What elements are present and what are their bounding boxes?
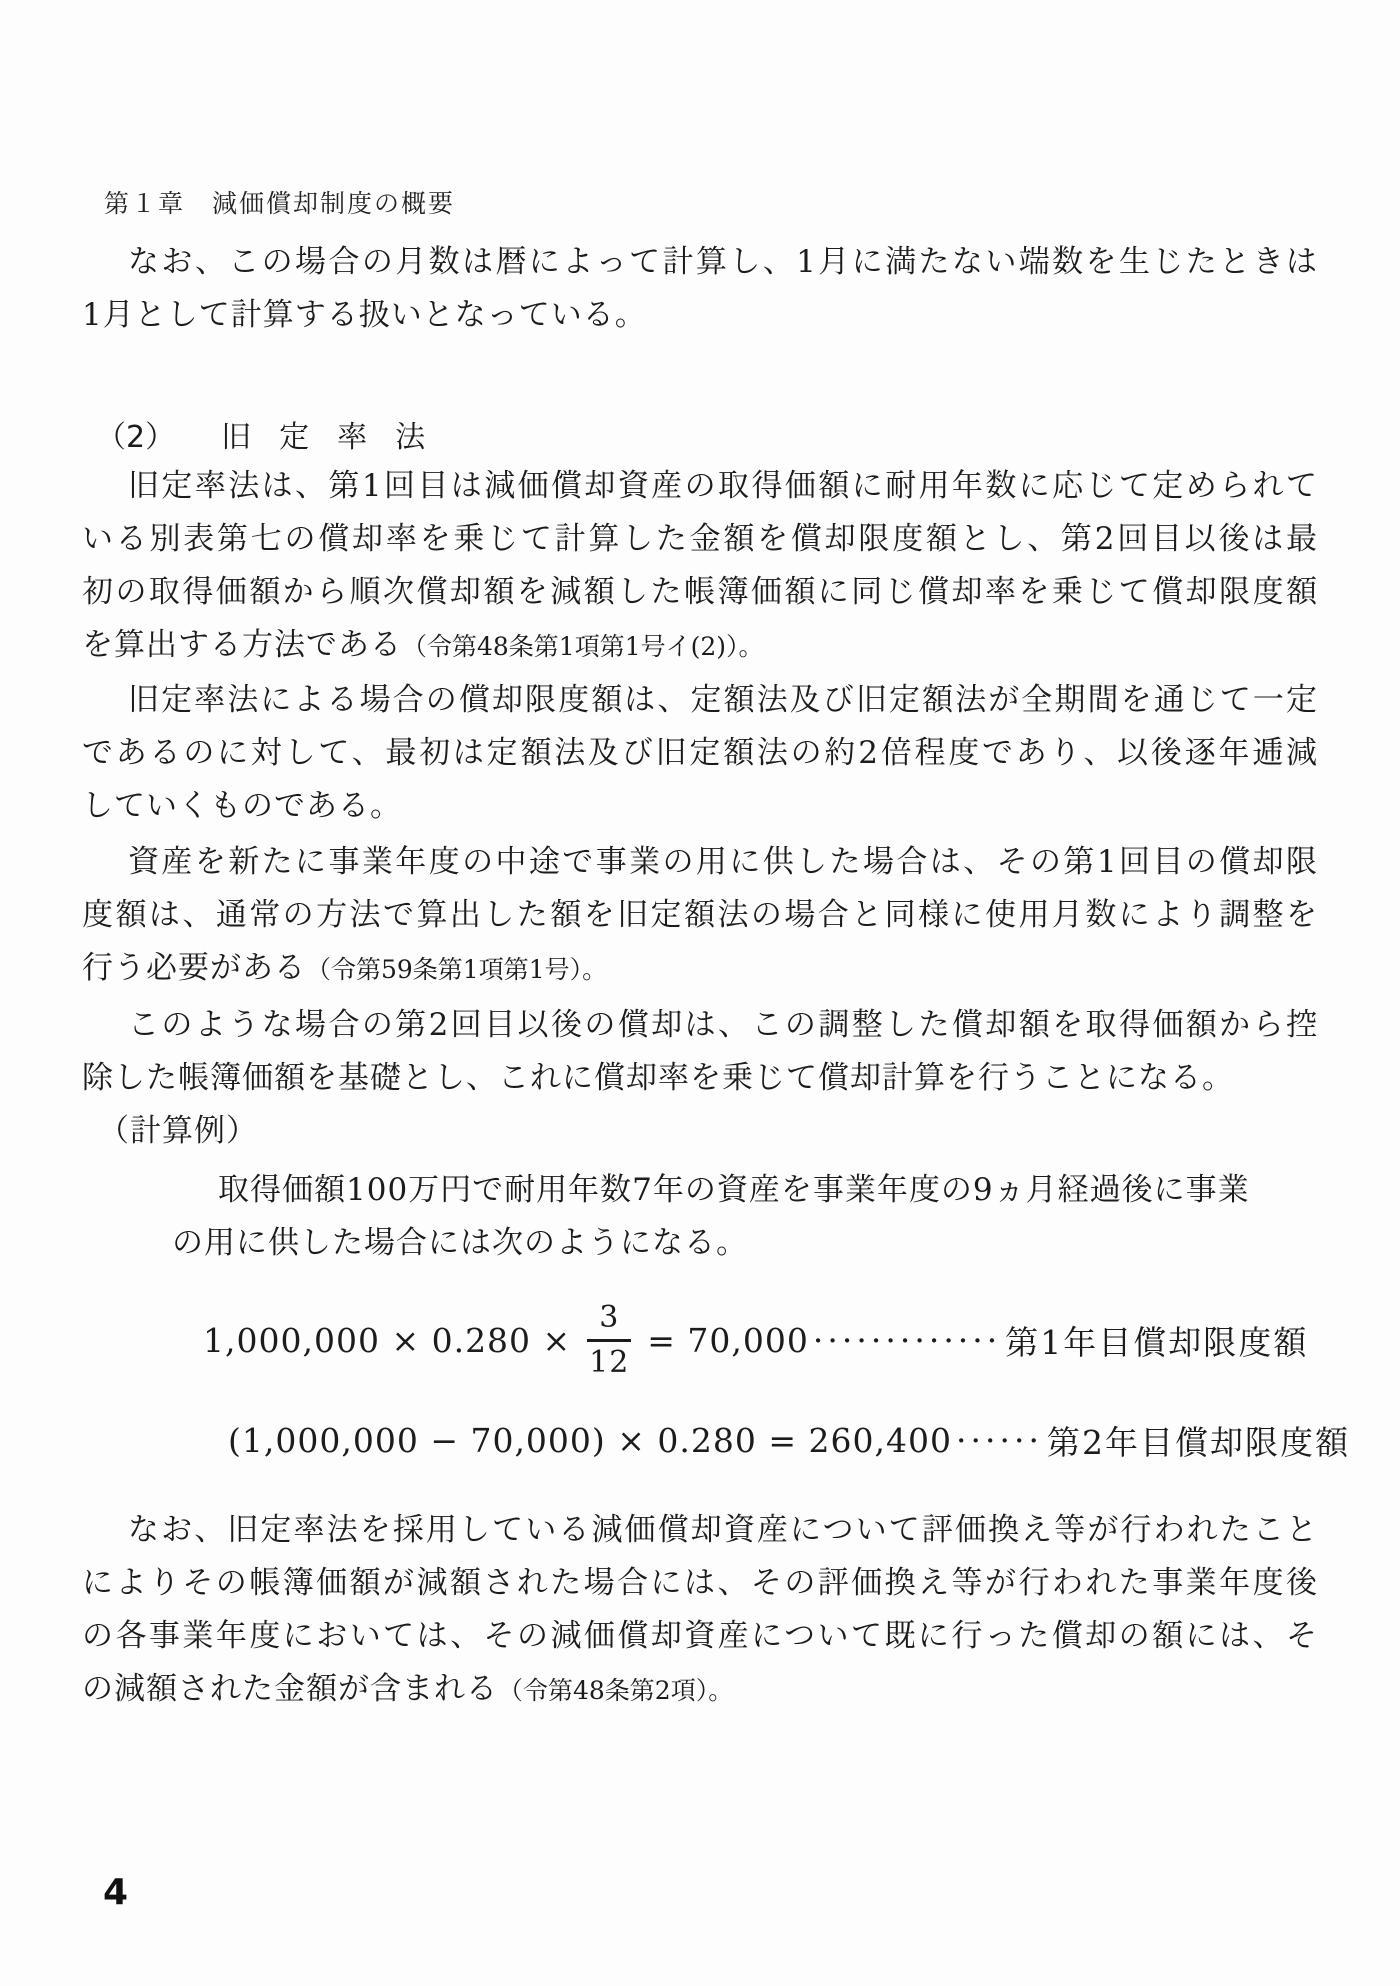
section-heading-number: （2）: [96, 420, 175, 455]
fraction-denominator: 12: [589, 1342, 629, 1382]
leader-dots: ······: [956, 1421, 1043, 1460]
paragraph-line: なお、旧定率法を採用している減価償却資産について評価換え等が行われたこと: [82, 1504, 1318, 1557]
fraction-numerator: 3: [587, 1299, 631, 1342]
running-header: 第１章 減価償却制度の概要: [104, 184, 455, 220]
section-heading-title: 旧定率法: [221, 420, 453, 455]
paragraph-line: の減額された金額が含まれる（令第48条第2項）。: [82, 1663, 1318, 1717]
law-reference: （令第59条第1項第1号）。: [306, 955, 607, 984]
paragraph-line: であるのに対して、最初は定額法及び旧定額法の約2倍程度であり、以後逐年逓減: [82, 727, 1318, 780]
section-heading: （2）旧定率法: [96, 412, 453, 456]
paragraph-line: 行う必要がある（令第59条第1項第1号）。: [82, 942, 1318, 996]
example-label-block: （計算例）: [82, 1105, 1318, 1158]
page-number: 4: [103, 1872, 128, 1913]
fraction: 3 12: [587, 1299, 631, 1381]
example-paragraph: 取得価額100万円で耐用年数7年の資産を事業年度の9ヵ月経過後に事業 の用に供し…: [172, 1164, 1318, 1270]
example-label: （計算例）: [98, 1105, 1318, 1158]
paragraph-line: していくものである。: [82, 780, 1318, 833]
paragraph-line: 取得価額100万円で耐用年数7年の資産を事業年度の9ヵ月経過後に事業: [172, 1164, 1318, 1217]
paragraph-text: を算出する方法である: [82, 627, 402, 663]
formula-expression: (1,000,000 − 70,000) × 0.280 = 260,400: [228, 1421, 952, 1460]
paragraph-line: なお、この場合の月数は暦によって計算し、1月に満たない端数を生じたときは: [82, 236, 1318, 289]
paragraph-line: を算出する方法である（令第48条第1項第1号イ(2)）。: [82, 619, 1318, 673]
paragraph-line: 除した帳簿価額を基礎とし、これに償却率を乗じて償却計算を行うことになる。: [82, 1052, 1318, 1105]
paragraph-text: 行う必要がある: [82, 950, 306, 986]
paragraph-revaluation: なお、旧定率法を採用している減価償却資産について評価換え等が行われたこと により…: [82, 1504, 1318, 1717]
paragraph-line: 度額は、通常の方法で算出した額を旧定額法の場合と同様に使用月数により調整を: [82, 889, 1318, 942]
formula-lhs: 1,000,000 × 0.280 ×: [203, 1321, 571, 1360]
law-reference: （令第48条第2項）。: [498, 1676, 733, 1705]
paragraph-line: いる別表第七の償却率を乗じて計算した金額を償却限度額とし、第2回目以後は最: [82, 513, 1318, 566]
paragraph-text: の減額された金額が含まれる: [82, 1671, 498, 1707]
paragraph-second-year: このような場合の第2回目以後の償却は、この調整した償却額を取得価額から控 除した…: [82, 999, 1318, 1105]
leader-dots: ·············: [813, 1321, 1001, 1360]
formula-label: 第2年目償却限度額: [1047, 1417, 1350, 1464]
law-reference: （令第48条第1項第1号イ(2)）。: [402, 632, 764, 661]
paragraph-line: の用に供した場合には次のようになる。: [172, 1217, 1318, 1270]
intro-paragraph: なお、この場合の月数は暦によって計算し、1月に満たない端数を生じたときは 1月と…: [82, 236, 1318, 342]
paragraph-method: 旧定率法は、第1回目は減価償却資産の取得価額に耐用年数に応じて定められて いる別…: [82, 460, 1318, 673]
paragraph-line: 旧定率法は、第1回目は減価償却資産の取得価額に耐用年数に応じて定められて: [82, 460, 1318, 513]
paragraph-midyear: 資産を新たに事業年度の中途で事業の用に供した場合は、その第1回目の償却限 度額は…: [82, 836, 1318, 996]
paragraph-line: 資産を新たに事業年度の中途で事業の用に供した場合は、その第1回目の償却限: [82, 836, 1318, 889]
formula-label: 第1年目償却限度額: [1005, 1317, 1308, 1364]
paragraph-limit: 旧定率法による場合の償却限度額は、定額法及び旧定額法が全期間を通じて一定 である…: [82, 674, 1318, 833]
formula-second-year: (1,000,000 − 70,000) × 0.280 = 260,400 ·…: [228, 1414, 1350, 1467]
paragraph-line: 1月として計算する扱いとなっている。: [82, 289, 1318, 342]
formula-first-year: 1,000,000 × 0.280 × 3 12 = 70,000 ······…: [203, 1295, 1308, 1385]
paragraph-line: このような場合の第2回目以後の償却は、この調整した償却額を取得価額から控: [82, 999, 1318, 1052]
paragraph-line: の各事業年度においては、その減価償却資産について既に行った償却の額には、そ: [82, 1610, 1318, 1663]
formula-result: = 70,000: [647, 1321, 809, 1360]
paragraph-line: によりその帳簿価額が減額された場合には、その評価換え等が行われた事業年度後: [82, 1557, 1318, 1610]
document-page: 第１章 減価償却制度の概要 なお、この場合の月数は暦によって計算し、1月に満たな…: [0, 0, 1400, 1986]
paragraph-line: 初の取得価額から順次償却額を減額した帳簿価額に同じ償却率を乗じて償却限度額: [82, 566, 1318, 619]
paragraph-line: 旧定率法による場合の償却限度額は、定額法及び旧定額法が全期間を通じて一定: [82, 674, 1318, 727]
